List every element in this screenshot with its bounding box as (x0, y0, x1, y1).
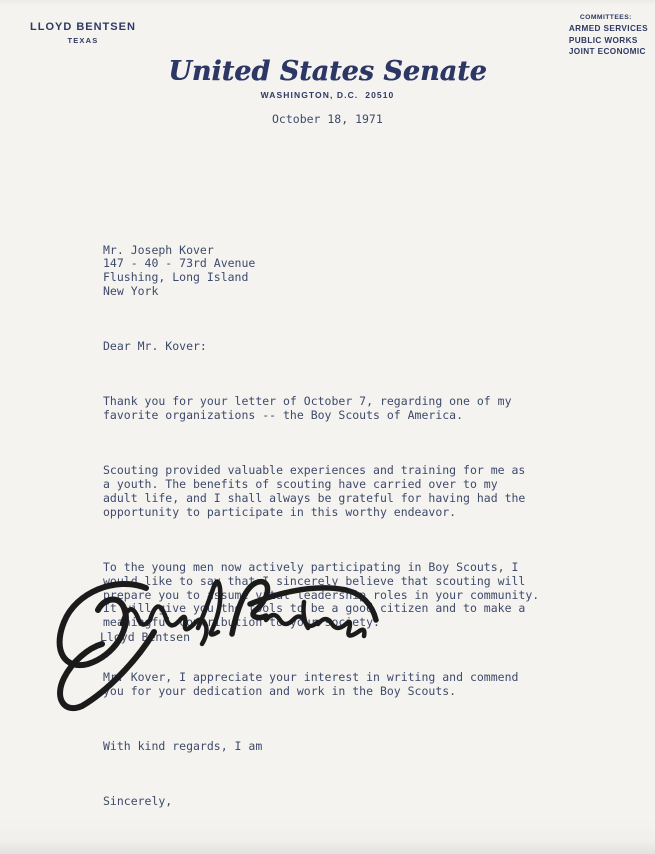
valediction: Sincerely, (103, 795, 573, 809)
text-line: Thank you for your letter of October 7, … (103, 395, 573, 409)
salutation-line: Dear Mr. Kover: (103, 340, 573, 354)
closing-phrase: With kind regards, I am (103, 740, 573, 754)
paragraph-2: Scouting provided valuable experiences a… (103, 464, 573, 519)
text-line: a youth. The benefits of scouting have c… (103, 478, 573, 492)
recipient-address: Mr. Joseph Kover147 - 40 - 73rd AvenueFl… (103, 244, 573, 299)
senate-masthead: United States Senate (0, 56, 655, 87)
text-line: adult life, and I shall always be gratef… (103, 492, 573, 506)
letter-page: LLOYD BENTSEN TEXAS COMMITTEES: ARMED SE… (0, 0, 655, 854)
text-line: ARMED SERVICES (569, 23, 648, 35)
valediction-line: Sincerely, (103, 795, 573, 809)
handwritten-signature-icon (36, 574, 386, 724)
committees-block: COMMITTEES: ARMED SERVICESPUBLIC WORKSJO… (569, 14, 648, 58)
sender-block: LLOYD BENTSEN TEXAS (30, 21, 136, 45)
text-line: favorite organizations -- the Boy Scouts… (103, 409, 573, 423)
sender-name: LLOYD BENTSEN (30, 21, 136, 33)
text-line: Scouting provided valuable experiences a… (103, 464, 573, 478)
text-line: PUBLIC WORKS (569, 35, 648, 47)
sender-state: TEXAS (30, 36, 136, 45)
closing-line: With kind regards, I am (103, 740, 573, 754)
text-line: Mr. Joseph Kover (103, 244, 573, 258)
text-line: opportunity to participate in this worth… (103, 506, 573, 520)
text-line: Flushing, Long Island (103, 271, 573, 285)
masthead-address: WASHINGTON, D.C. 20510 (0, 90, 655, 100)
letter-body: Mr. Joseph Kover147 - 40 - 73rd AvenueFl… (103, 216, 573, 851)
text-line: New York (103, 285, 573, 299)
text-line: 147 - 40 - 73rd Avenue (103, 257, 573, 271)
paragraph-1: Thank you for your letter of October 7, … (103, 395, 573, 423)
salutation: Dear Mr. Kover: (103, 340, 573, 354)
date-line: October 18, 1971 (272, 112, 383, 126)
committees-list: ARMED SERVICESPUBLIC WORKSJOINT ECONOMIC (569, 23, 648, 58)
text-line: To the young men now actively participat… (103, 561, 573, 575)
committees-label: COMMITTEES: (569, 14, 648, 21)
